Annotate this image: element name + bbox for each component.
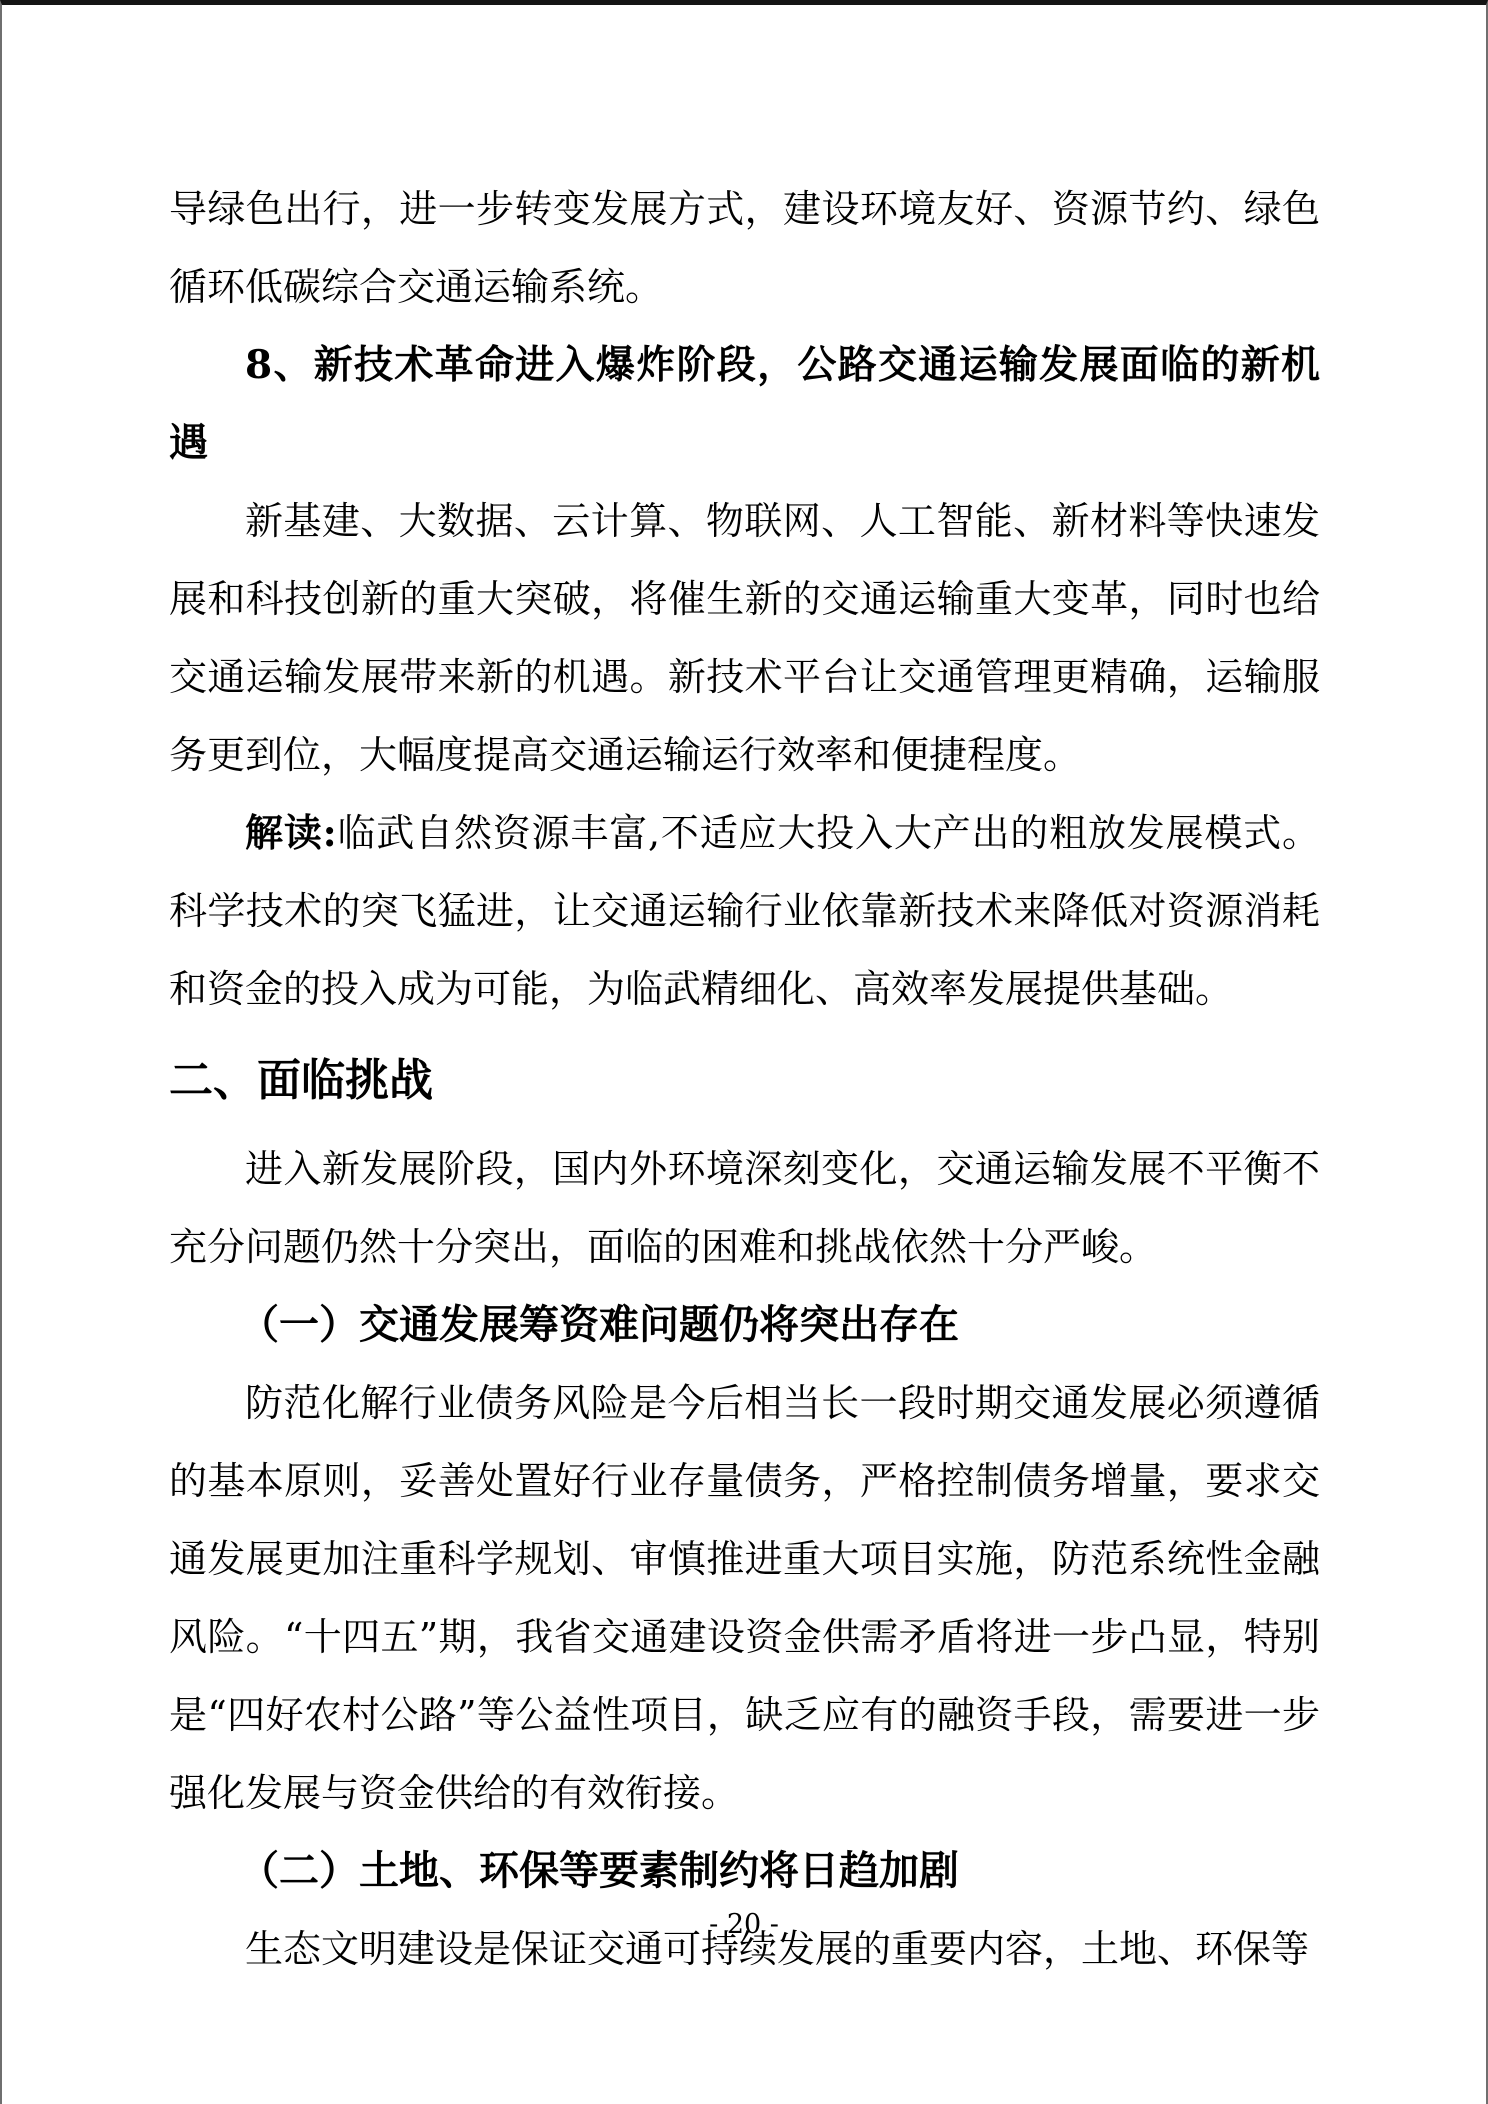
- heading-item-8: 8、新技术革命进入爆炸阶段，公路交通运输发展面临的新机遇: [169, 326, 1320, 482]
- subheading-1-financing: （一）交通发展筹资难问题仍将突出存在: [169, 1286, 1320, 1364]
- paragraph-jiedu: 解读:临武自然资源丰富,不适应大投入大产出的粗放发展模式。科学技术的突飞猛进，让…: [169, 794, 1320, 1028]
- jiedu-text: 临武自然资源丰富,不适应大投入大产出的粗放发展模式。科学技术的突飞猛进，让交通运…: [169, 811, 1320, 1011]
- paragraph-new-tech: 新基建、大数据、云计算、物联网、人工智能、新材料等快速发展和科技创新的重大突破，…: [169, 482, 1320, 794]
- paragraph-green-travel-continuation: 导绿色出行，进一步转变发展方式，建设环境友好、资源节约、绿色循环低碳综合交通运输…: [169, 170, 1320, 326]
- section-heading-2-challenges: 二、面临挑战: [169, 1036, 1320, 1126]
- paragraph-debt-risk: 防范化解行业债务风险是今后相当长一段时期交通发展必须遵循的基本原则，妥善处置好行…: [169, 1364, 1320, 1832]
- subheading-2-land-environment: （二）土地、环保等要素制约将日趋加剧: [169, 1832, 1320, 1910]
- paragraph-new-stage: 进入新发展阶段，国内外环境深刻变化，交通运输发展不平衡不充分问题仍然十分突出，面…: [169, 1130, 1320, 1286]
- document-page: 导绿色出行，进一步转变发展方式，建设环境友好、资源节约、绿色循环低碳综合交通运输…: [0, 0, 1488, 2104]
- page-number: - 20 -: [2, 1908, 1486, 1942]
- jiedu-label: 解读:: [245, 810, 337, 855]
- document-body: 导绿色出行，进一步转变发展方式，建设环境友好、资源节约、绿色循环低碳综合交通运输…: [2, 5, 1486, 1988]
